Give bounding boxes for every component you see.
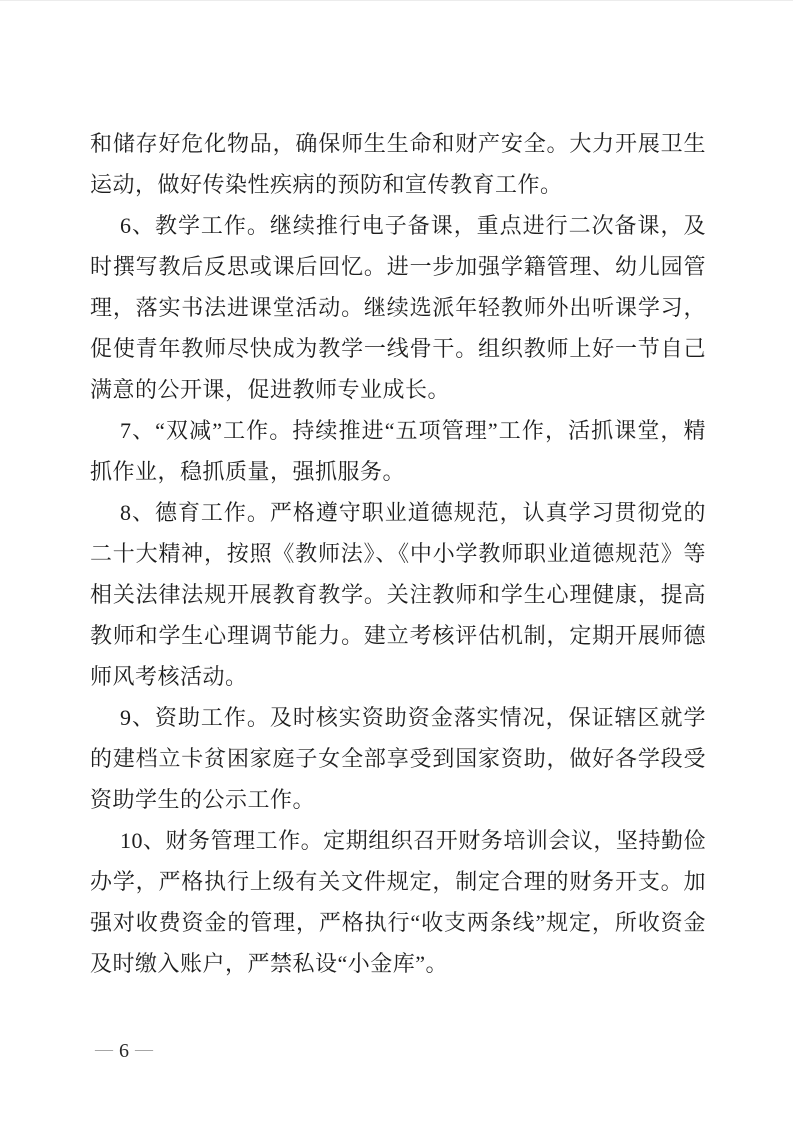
page-number-dash-left: — (95, 1039, 113, 1059)
paragraph-item-7-double-reduction-work: 7、“双减”工作。持续推进“五项管理”工作，活抓课堂，精抓作业，稳抓质量，强抓服… (90, 410, 706, 492)
page-footer: —6— (95, 1039, 153, 1063)
paragraph-item-6-teaching-work: 6、教学工作。继续推行电子备课，重点进行二次备课，及时撰写教后反思或课后回忆。进… (90, 205, 706, 410)
document-page: 和储存好危化物品，确保师生生命和财产安全。大力开展卫生运动，做好传染性疾病的预防… (0, 0, 793, 1123)
paragraph-item-9-funding-work: 9、资助工作。及时核实资助资金落实情况，保证辖区就学的建档立卡贫困家庭子女全部享… (90, 697, 706, 820)
paragraph-item-10-financial-management-work: 10、财务管理工作。定期组织召开财务培训会议，坚持勤俭办学，严格执行上级有关文件… (90, 820, 706, 984)
page-number-dash-right: — (135, 1039, 153, 1059)
document-body: 和储存好危化物品，确保师生生命和财产安全。大力开展卫生运动，做好传染性疾病的预防… (90, 123, 706, 984)
paragraph-continuation: 和储存好危化物品，确保师生生命和财产安全。大力开展卫生运动，做好传染性疾病的预防… (90, 123, 706, 205)
page-number: 6 (119, 1040, 129, 1062)
paragraph-item-8-moral-education-work: 8、德育工作。严格遵守职业道德规范，认真学习贯彻党的二十大精神，按照《教师法》、… (90, 492, 706, 697)
